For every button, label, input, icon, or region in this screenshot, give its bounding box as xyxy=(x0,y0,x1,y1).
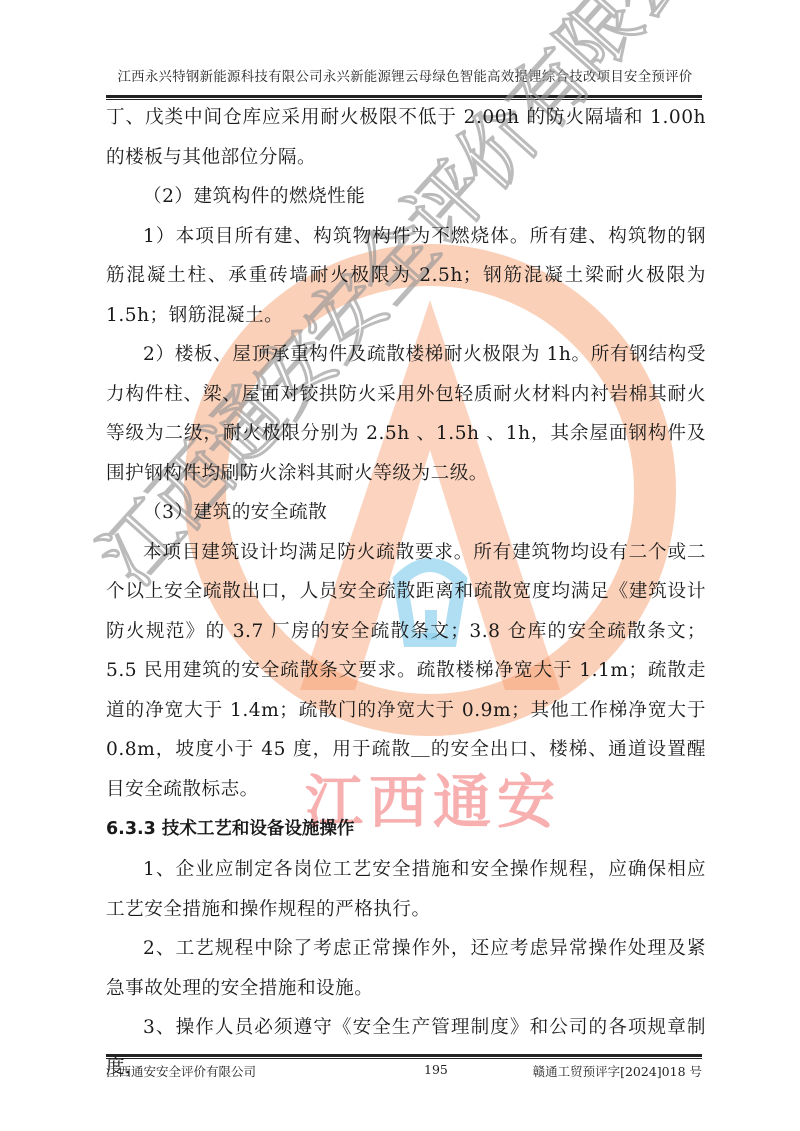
subheading: （3）建筑的安全疏散 xyxy=(106,493,706,533)
paragraph: 2）楼板、屋顶承重构件及疏散楼梯耐火极限为 1h。所有钢结构受力构件柱、梁、屋面… xyxy=(106,335,706,493)
paragraph: 1、企业应制定各岗位工艺安全措施和安全操作规程，应确保相应工艺安全措施和操作规程… xyxy=(106,850,706,929)
page-header-title: 江西永兴特钢新能源科技有限公司永兴新能源锂云母绿色智能高效提锂综合技改项目安全预… xyxy=(110,66,700,85)
page-content: 丁、戊类中间仓库应采用耐火极限不低于 2.00h 的防火隔墙和 1.00h 的楼… xyxy=(106,98,706,1087)
paragraph: 2、工艺规程中除了考虑正常操作外，还应考虑异常操作处理及紧急事故处理的安全措施和… xyxy=(106,929,706,1008)
paragraph: 3、操作人员必须遵守《安全生产管理制度》和公司的各项规章制度， xyxy=(106,1008,706,1087)
paragraph: 本项目建筑设计均满足防火疏散要求。所有建筑物均设有二个或二个以上安全疏散出口，人… xyxy=(106,533,706,810)
subheading: （2）建筑构件的燃烧性能 xyxy=(106,177,706,217)
paragraph: 1）本项目所有建、构筑物构件为不燃烧体。所有建、构筑物的钢筋混凝土柱、承重砖墙耐… xyxy=(106,217,706,336)
paragraph: 丁、戊类中间仓库应采用耐火极限不低于 2.00h 的防火隔墙和 1.00h 的楼… xyxy=(106,98,706,177)
section-heading: 6.3.3 技术工艺和设备设施操作 xyxy=(106,809,706,850)
